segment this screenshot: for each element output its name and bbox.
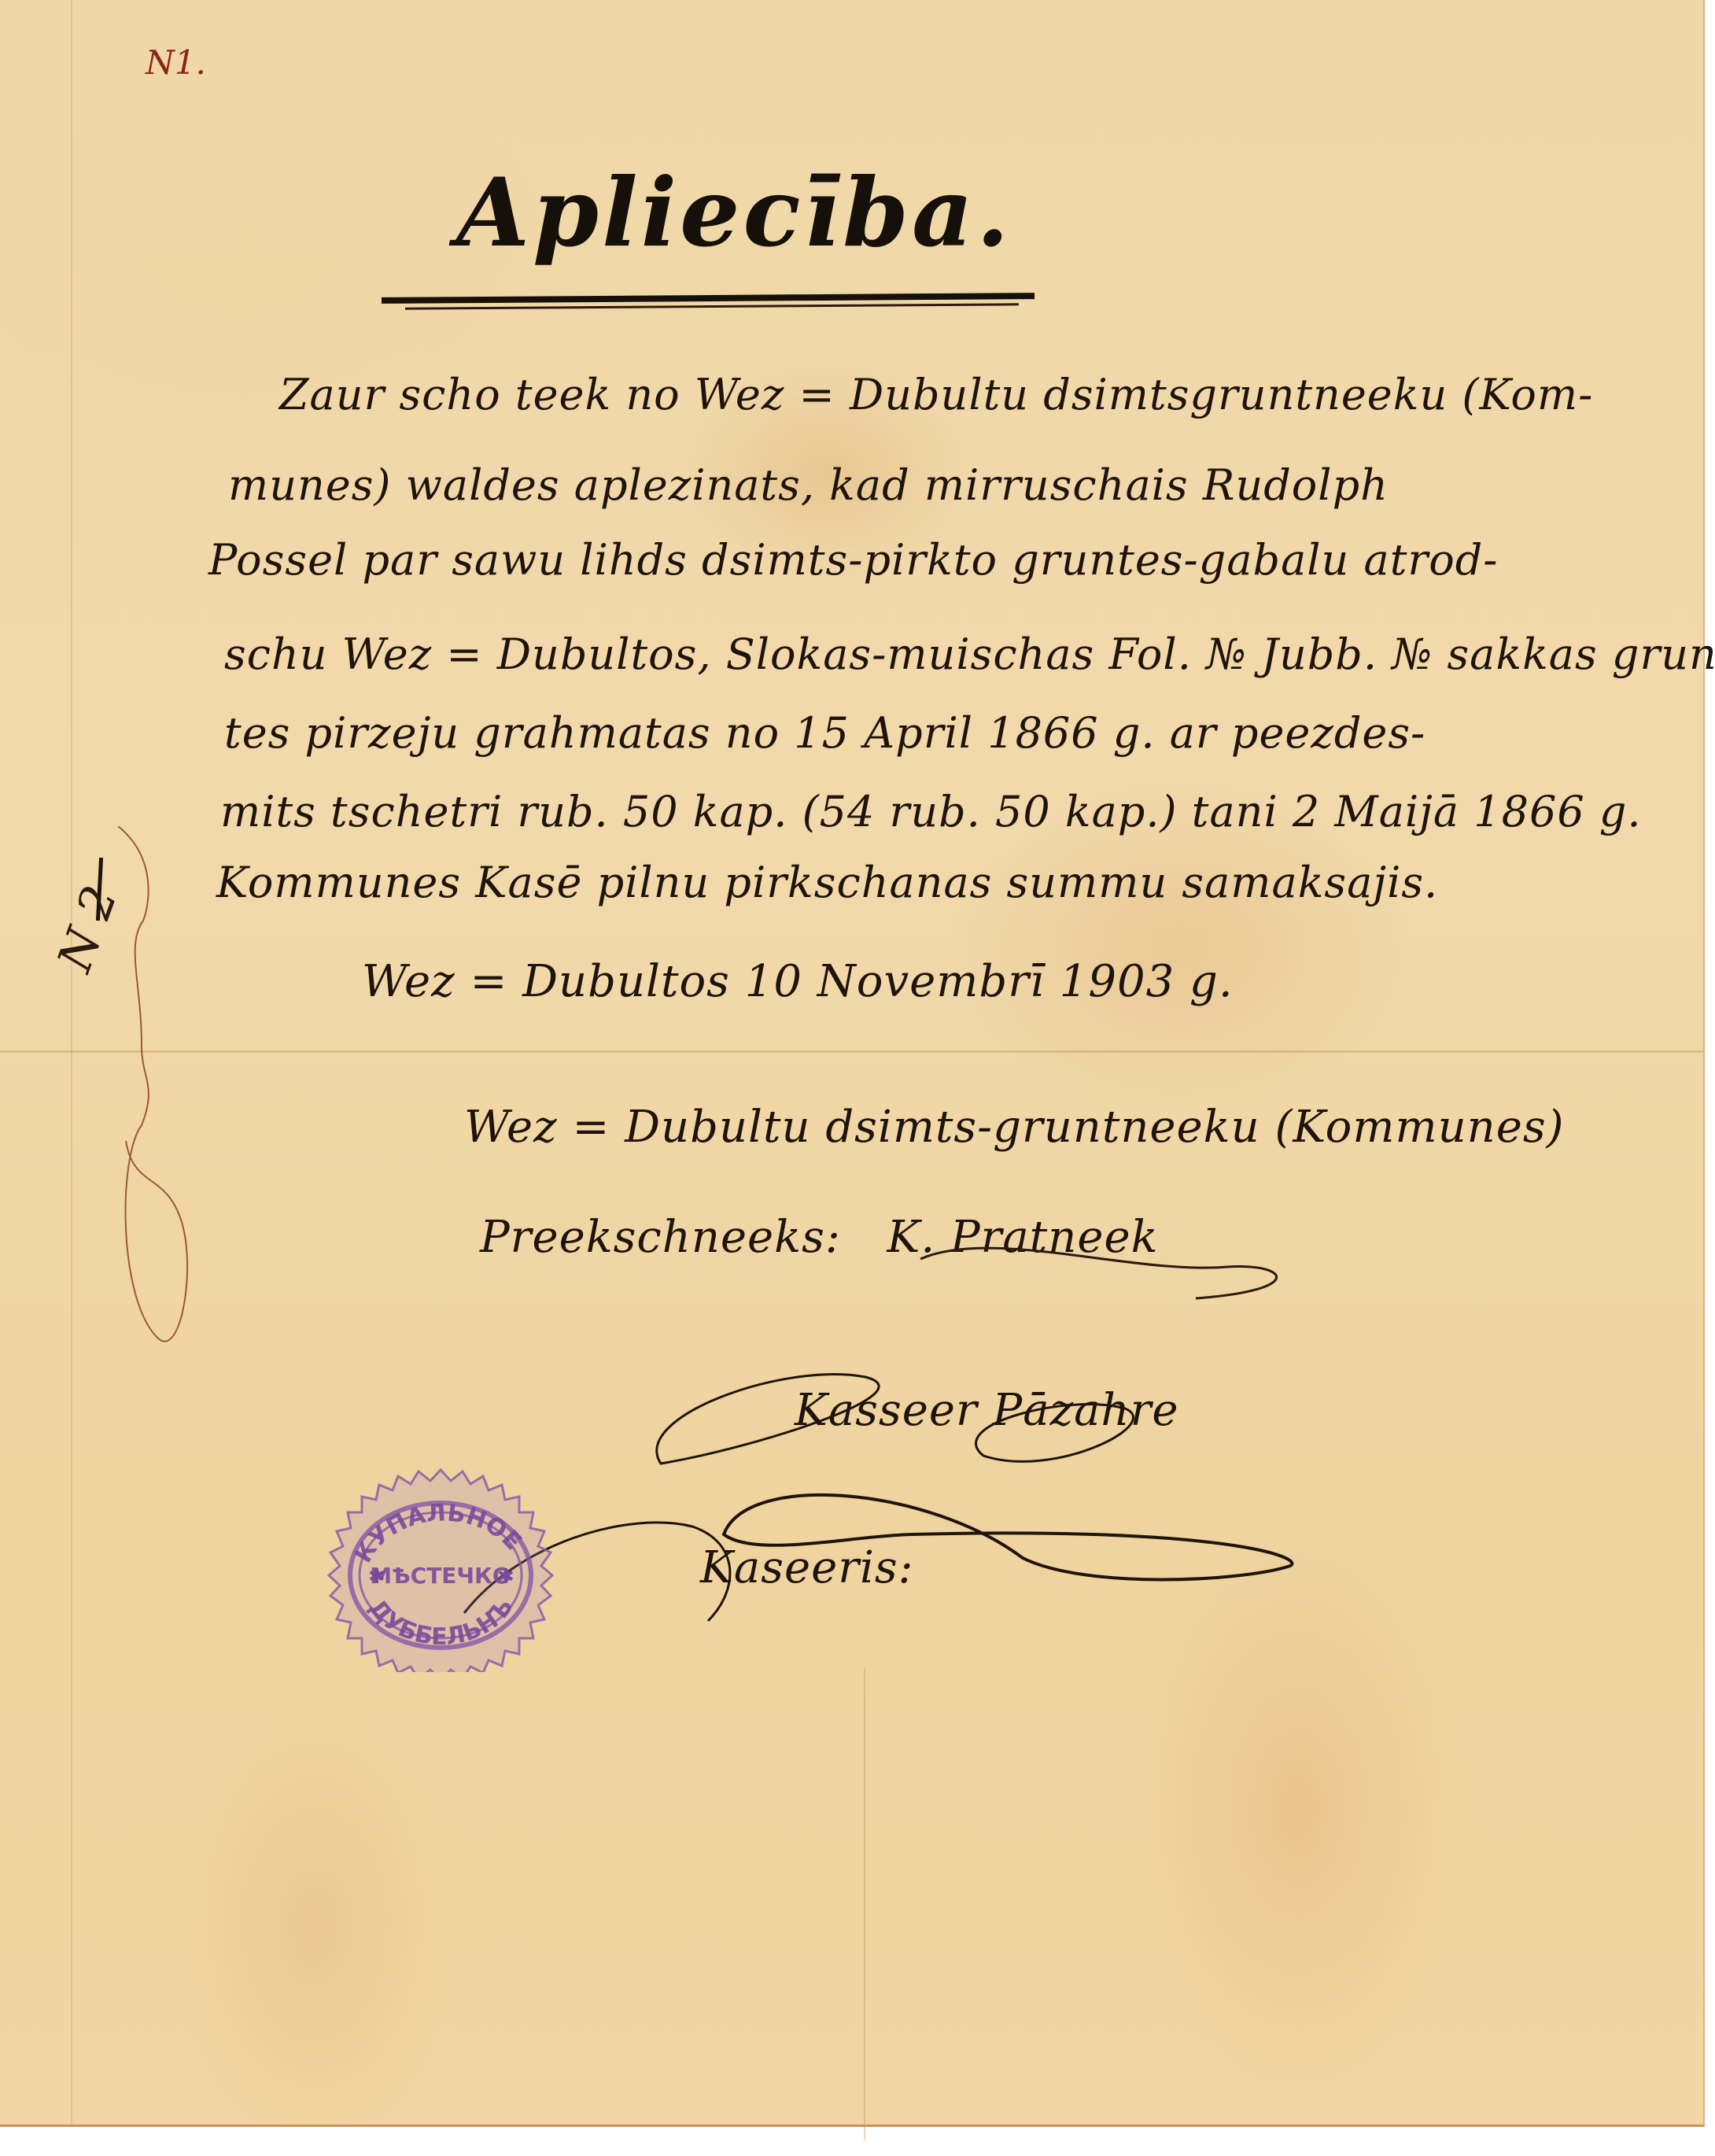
chairman-label: Preekschneeks:: [480, 1212, 841, 1263]
stamp-middle-text: МѢСТЕЧКО: [370, 1563, 511, 1589]
document-title: Apliecība.: [456, 157, 1012, 268]
body-line-7: Kommunes Kasē pilnu pirkschanas summu sa…: [216, 858, 1438, 907]
chairman-name: K. Pratneek: [887, 1212, 1159, 1263]
cashier-label: Kaseeris:: [700, 1542, 914, 1593]
body-line-2: munes) waldes aplezinats, kad mirruschai…: [228, 460, 1389, 510]
body-line-4: schu Wez = Dubultos, Slokas-muischas Fol…: [224, 629, 1715, 679]
body-line-1: Zaur scho teek no Wez = Dubultu dsimtsgr…: [279, 370, 1593, 419]
body-line-6: mits tschetri rub. 50 kap. (54 rub. 50 k…: [220, 787, 1642, 836]
authority-line: Wez = Dubultu dsimts-gruntneeku (Kommune…: [464, 1102, 1564, 1153]
stamp-star-left-icon: ✱: [368, 1565, 385, 1589]
official-stamp: КУПАЛЬНОЕ МѢСТЕЧКО ДУББЕЛЬНЪ ✱ ✱: [307, 1464, 574, 1672]
stamp-star-right-icon: ✱: [497, 1565, 514, 1589]
binding-line: [71, 0, 72, 2125]
body-line-5: tes pirzeju grahmatas no 15 April 1866 g…: [224, 708, 1425, 758]
place-date: Wez = Dubultos 10 Novembrī 1903 g.: [362, 956, 1234, 1007]
document-number: N1.: [146, 43, 206, 82]
chairman-signature-line: Preekschneeks: K. Pratneek: [480, 1212, 1159, 1263]
cashier-signature: Kasseer Pāzahre: [795, 1385, 1178, 1436]
stamp-seal-icon: КУПАЛЬНОЕ МѢСТЕЧКО ДУББЕЛЬНЪ ✱ ✱: [307, 1464, 574, 1672]
body-line-3: Possel par sawu lihds dsimts-pirkto grun…: [208, 535, 1499, 585]
horizontal-fold-crease: [0, 1050, 1703, 1053]
document-page: [0, 0, 1705, 2127]
vertical-fold-crease: [864, 1668, 865, 2140]
